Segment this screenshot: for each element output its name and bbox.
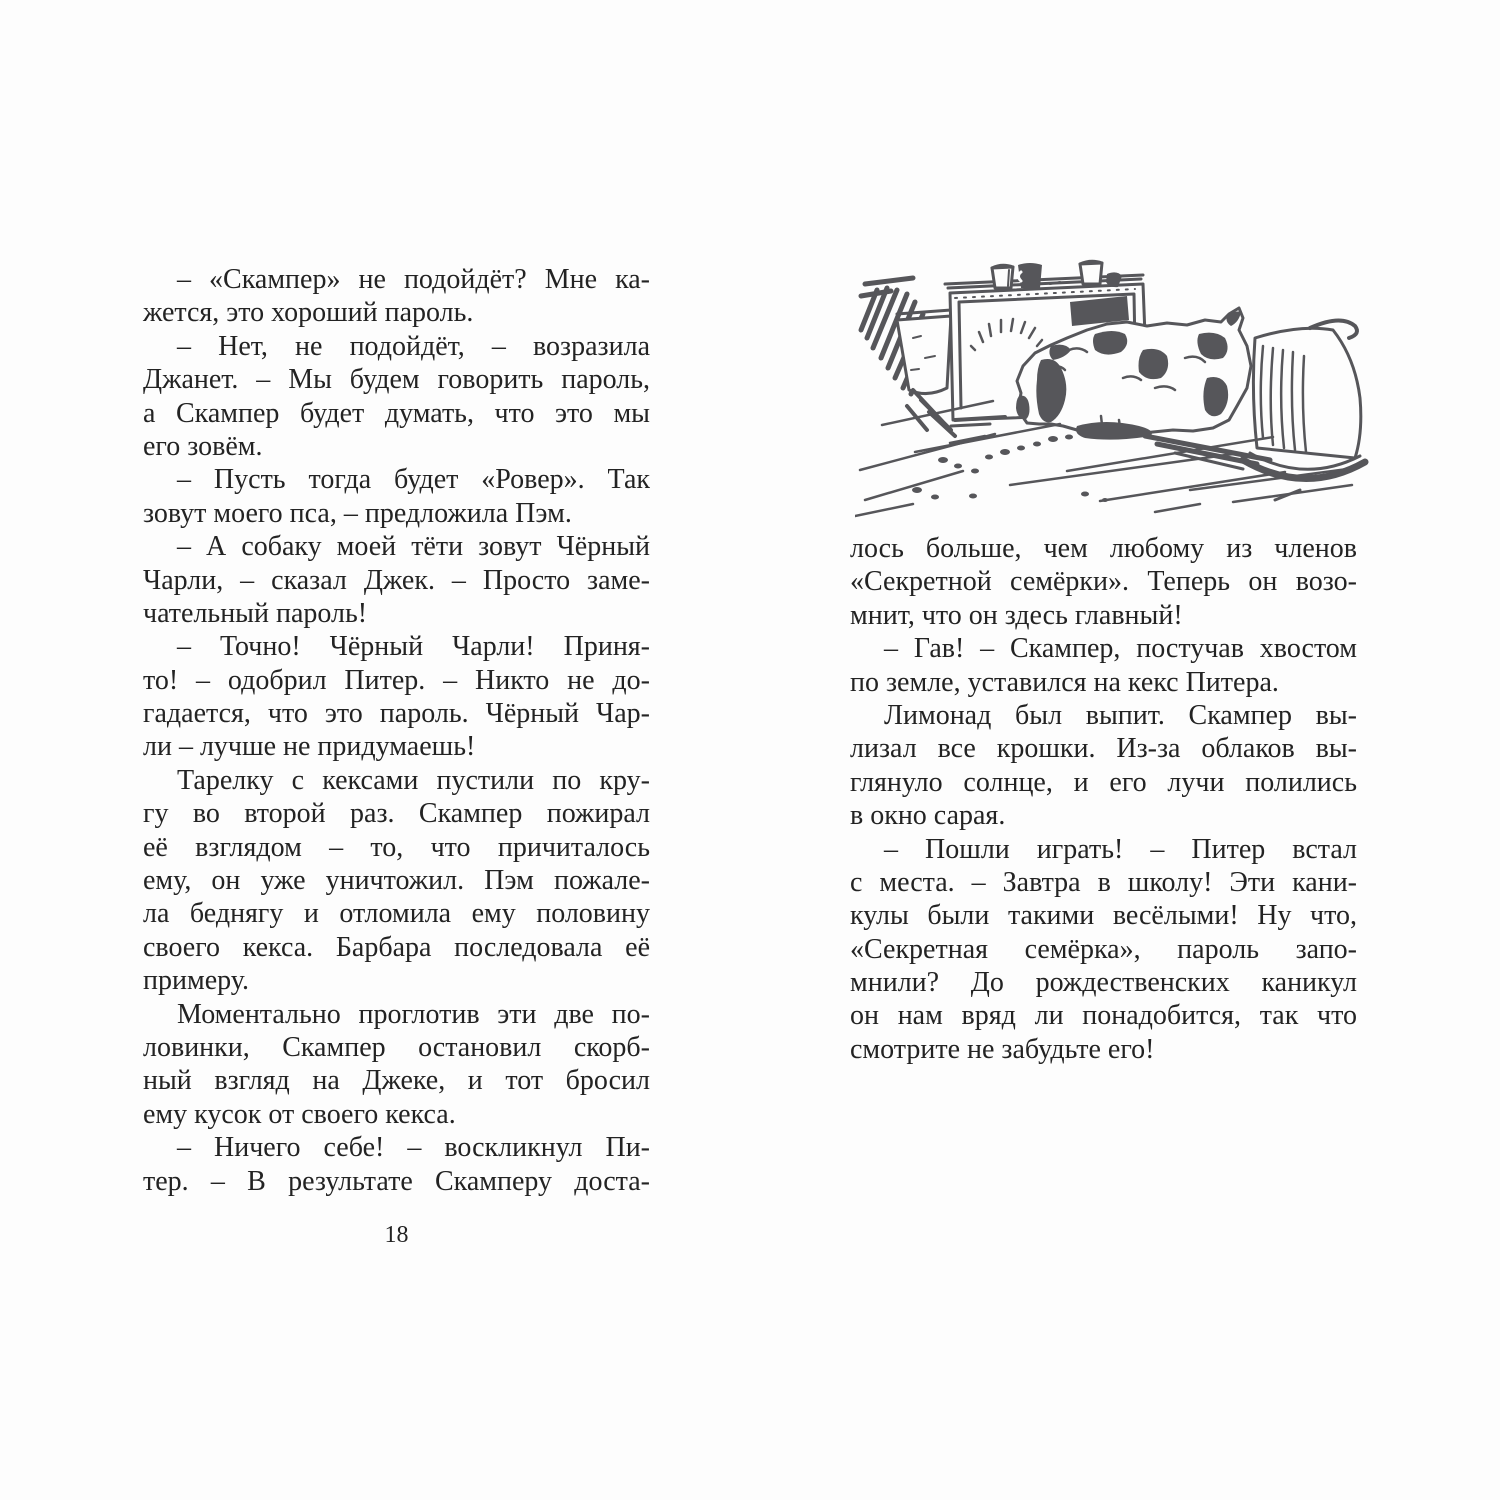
- text-line: глянуло солнце, и его лучи полились: [850, 766, 1357, 799]
- text-line: в окно сарая.: [850, 799, 1357, 832]
- text-line: гу во второй раз. Скампер пожирал: [143, 797, 650, 830]
- text-line: Тарелку с кексами пустили по кру-: [143, 764, 650, 797]
- text-line: – Гав! – Скампер, постучав хвостом: [850, 632, 1357, 665]
- text-line: то! – одобрил Питер. – Никто не до-: [143, 664, 650, 697]
- text-line: лось больше, чем любому из членов: [850, 532, 1357, 565]
- text-line: а Скампер будет думать, что это мы: [143, 397, 650, 430]
- text-line: по земле, уставился на кекс Питера.: [850, 666, 1357, 699]
- text-line: её взглядом – то, что причиталось: [143, 831, 650, 864]
- text-line: ему, он уже уничтожил. Пэм пожале-: [143, 864, 650, 897]
- text-line: ла беднягу и отломила ему половину: [143, 897, 650, 930]
- bucket: [897, 310, 955, 436]
- text-line: тер. – В результате Скамперу доста-: [143, 1165, 650, 1198]
- text-line: «Секретной семёрки». Теперь он возо-: [850, 565, 1357, 598]
- text-line: чательный пароль!: [143, 597, 650, 630]
- text-line: он нам вряд ли понадобится, так что: [850, 999, 1357, 1032]
- text-line: кулы были такими весёлыми! Ну что,: [850, 899, 1357, 932]
- text-line: Лимонад был выпит. Скампер вы-: [850, 699, 1357, 732]
- text-line: смотрите не забудьте его!: [850, 1033, 1357, 1066]
- text-line: лизал все крошки. Из-за облаков вы-: [850, 732, 1357, 765]
- text-line: ли – лучше не придумаешь!: [143, 730, 650, 763]
- text-line: жется, это хороший пароль.: [143, 296, 650, 329]
- text-line: – «Скампер» не подойдёт? Мне ка-: [143, 263, 650, 296]
- text-line: «Секретная семёрка», пароль запо-: [850, 933, 1357, 966]
- text-line: Джанет. – Мы будем говорить пароль,: [143, 363, 650, 396]
- text-line: – Пусть тогда будет «Ровер». Так: [143, 463, 650, 496]
- text-line: – А собаку моей тёти зовут Чёрный: [143, 530, 650, 563]
- text-line: с места. – Завтра в школу! Эти кани-: [850, 866, 1357, 899]
- right-text-column: лось больше, чем любому из членов«Секрет…: [850, 532, 1357, 1066]
- left-text-column: – «Скампер» не подойдёт? Мне ка-жется, э…: [143, 263, 650, 1198]
- text-line: мнит, что он здесь главный!: [850, 599, 1357, 632]
- text-line: – Нет, не подойдёт, – возразила: [143, 330, 650, 363]
- text-line: гадается, что это пароль. Чёрный Чар-: [143, 697, 650, 730]
- text-line: Моментально проглотив эти две по-: [143, 998, 650, 1031]
- dog-illustration: [855, 238, 1400, 523]
- text-line: его зовём.: [143, 430, 650, 463]
- text-line: – Пошли играть! – Питер встал: [850, 833, 1357, 866]
- text-line: – Ничего себе! – воскликнул Пи-: [143, 1131, 650, 1164]
- text-line: своего кекса. Барбара последовала её: [143, 931, 650, 964]
- text-line: ный взгляд на Джеке, и тот бросил: [143, 1064, 650, 1097]
- text-line: зовут моего пса, – предложила Пэм.: [143, 497, 650, 530]
- text-line: – Точно! Чёрный Чарли! Приня-: [143, 630, 650, 663]
- text-line: ловинки, Скампер остановил скорб-: [143, 1031, 650, 1064]
- text-line: Чарли, – сказал Джек. – Просто заме-: [143, 564, 650, 597]
- text-line: мнили? До рождественских каникул: [850, 966, 1357, 999]
- text-line: ему кусок от своего кекса.: [143, 1098, 650, 1131]
- text-line: примеру.: [143, 964, 650, 997]
- pot: [1243, 320, 1365, 500]
- page-number: 18: [143, 1222, 650, 1249]
